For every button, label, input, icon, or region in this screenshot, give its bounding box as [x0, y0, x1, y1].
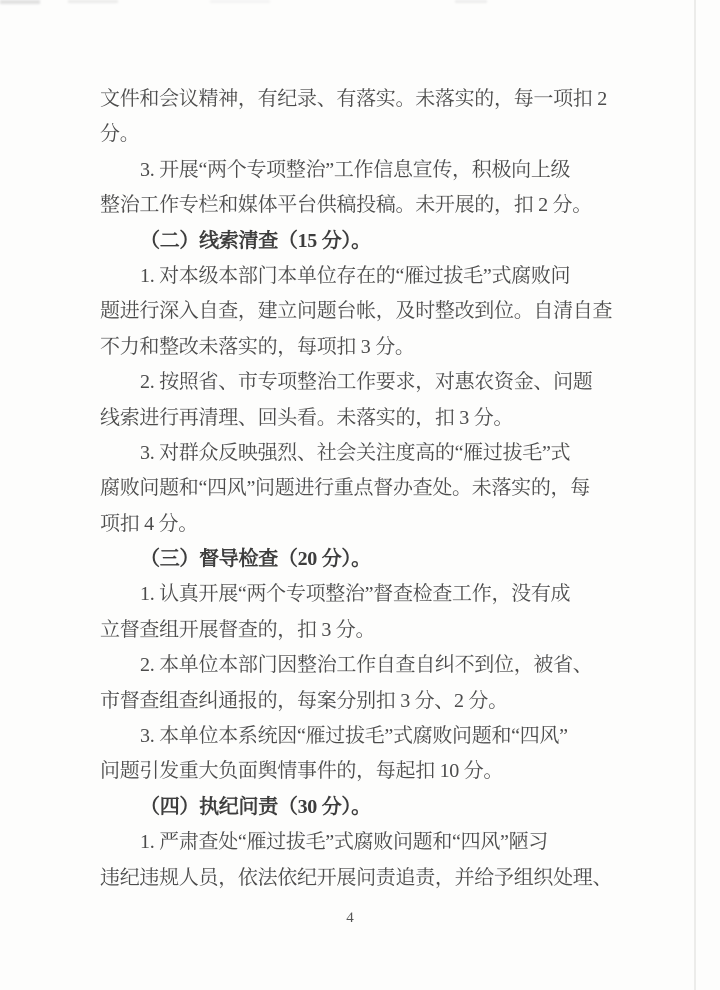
section-heading: （四）执纪问责（30 分）。: [100, 790, 640, 825]
scan-edge-line: [694, 0, 696, 990]
text-line: 2. 本单位本部门因整治工作自查自纠不到位，被省、: [100, 648, 640, 683]
text-line: 2. 按照省、市专项整治工作要求，对惠农资金、问题: [100, 365, 640, 400]
section-heading: （三）督导检查（20 分）。: [100, 542, 640, 577]
scan-smudge-artifact: [0, 0, 40, 4]
text-line: 分。: [100, 117, 640, 152]
page-number: 4: [330, 910, 370, 927]
text-line: 腐败问题和“四风”问题进行重点督办查处。未落实的，每: [100, 471, 640, 506]
text-line: 3. 对群众反映强烈、社会关注度高的“雁过拔毛”式: [100, 436, 640, 471]
text-line: 3. 开展“两个专项整治”工作信息宣传，积极向上级: [100, 153, 640, 188]
text-line: 1. 认真开展“两个专项整治”督查检查工作，没有成: [100, 577, 640, 612]
text-line: 1. 严肃查处“雁过拔毛”式腐败问题和“四风”陋习: [100, 825, 640, 860]
document-page: 文件和会议精神，有纪录、有落实。未落实的，每一项扣 2分。3. 开展“两个专项整…: [0, 0, 720, 990]
text-line: 违纪违规人员，依法依纪开展问责追责，并给予组织处理、: [100, 861, 640, 896]
text-line: 3. 本单位本系统因“雁过拔毛”式腐败问题和“四风”: [100, 719, 640, 754]
text-line: 立督查组开展督查的，扣 3 分。: [100, 613, 640, 648]
text-line: 线索进行再清理、回头看。未落实的，扣 3 分。: [100, 401, 640, 436]
text-line: 整治工作专栏和媒体平台供稿投稿。未开展的，扣 2 分。: [100, 188, 640, 223]
text-line: 市督查组查纠通报的，每案分别扣 3 分、2 分。: [100, 684, 640, 719]
text-line: 题进行深入自查，建立问题台帐，及时整改到位。自清自查: [100, 294, 640, 329]
text-line: 1. 对本级本部门本单位存在的“雁过拔毛”式腐败问: [100, 259, 640, 294]
section-heading: （二）线索清查（15 分）。: [100, 224, 640, 259]
text-line: 不力和整改未落实的，每项扣 3 分。: [100, 330, 640, 365]
document-text-block: 文件和会议精神，有纪录、有落实。未落实的，每一项扣 2分。3. 开展“两个专项整…: [100, 82, 640, 896]
scan-smudge-artifact: [455, 0, 487, 3]
text-line: 项扣 4 分。: [100, 507, 640, 542]
text-line: 问题引发重大负面舆情事件的，每起扣 10 分。: [100, 754, 640, 789]
text-line: 文件和会议精神，有纪录、有落实。未落实的，每一项扣 2: [100, 82, 640, 117]
scan-smudge-artifact: [68, 0, 118, 3]
scan-smudge-artifact: [210, 0, 270, 3]
